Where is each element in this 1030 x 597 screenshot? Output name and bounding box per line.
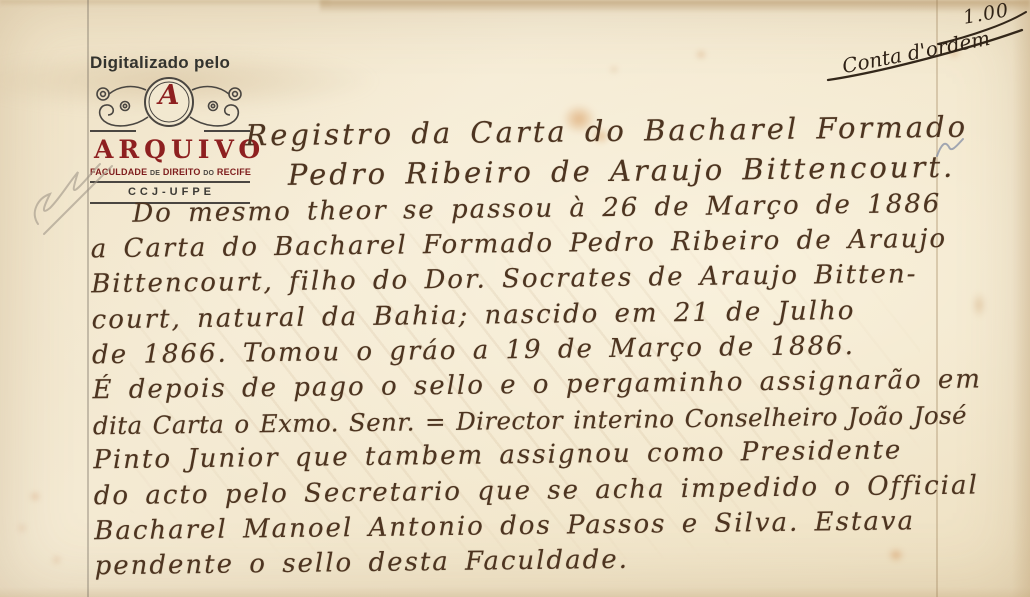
archive-monogram-letter: A	[151, 80, 187, 111]
paper-bottom-edge-shade	[0, 587, 1030, 597]
foxing-stain	[18, 524, 26, 532]
foxing-stain	[610, 66, 618, 73]
digitized-by-label: Digitalizado pelo	[90, 53, 250, 73]
left-margin-rule	[87, 0, 89, 597]
foxing-stain	[52, 556, 61, 564]
foxing-stain	[696, 50, 706, 59]
scanned-document-page: { "paper": { "base_color": "#f2e7ce", "i…	[0, 0, 1030, 597]
manuscript-text: Registro da Carta do Bacharel Formado Pe…	[89, 107, 965, 585]
foxing-stain	[30, 492, 40, 501]
paper-top-edge-shade-left	[0, 0, 330, 7]
foxing-stain	[972, 292, 986, 318]
